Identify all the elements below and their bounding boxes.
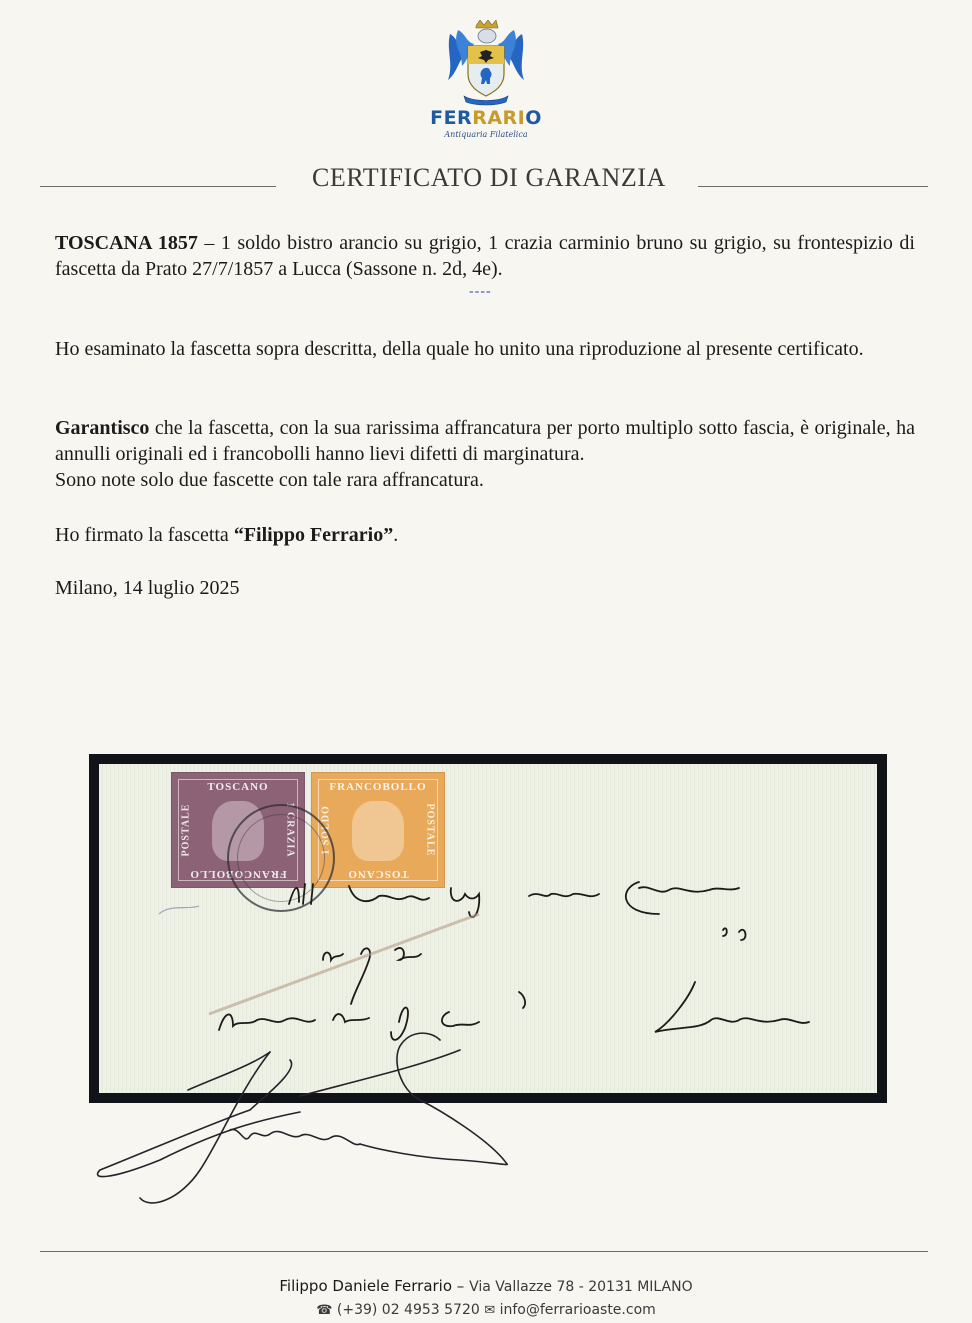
signature-statement-prefix: Ho firmato la fascetta	[55, 524, 234, 546]
signature-statement: Ho firmato la fascetta “Filippo Ferrario…	[55, 522, 915, 548]
guarantee-statement: Garantisco che la fascetta, con la sua r…	[55, 415, 915, 493]
brand-part-blue-end: O	[525, 107, 542, 129]
signature-statement-suffix: .	[393, 524, 398, 546]
footer-contact-line-1: Filippo Daniele Ferrario – Via Vallazze …	[0, 1277, 972, 1295]
footer-name: Filippo Daniele Ferrario	[279, 1277, 452, 1295]
brand-part-gold: RARI	[472, 107, 525, 129]
guarantee-keyword: Garantisco	[55, 417, 149, 439]
certificate-title: CERTIFICATO DI GARANZIA	[296, 163, 682, 193]
footer-dash: –	[452, 1277, 469, 1295]
telephone-icon: ☎	[316, 1303, 332, 1318]
cover-paper: TOSCANO FRANCOBOLLO POSTALE 1 CRAZIA FRA…	[99, 764, 877, 1093]
separator: ----	[469, 284, 492, 300]
footer-rule	[40, 1251, 928, 1252]
footer-address: Via Vallazze 78 - 20131 MILANO	[469, 1279, 693, 1295]
place-and-date: Milano, 14 luglio 2025	[55, 575, 915, 601]
footer-email[interactable]: info@ferrarioaste.com	[500, 1302, 656, 1318]
handwritten-address	[99, 764, 877, 1093]
title-rule-left	[40, 186, 276, 187]
item-description: TOSCANA 1857 – 1 soldo bistro arancio su…	[55, 230, 915, 282]
footer-phone: (+39) 02 4953 5720	[337, 1302, 480, 1318]
brand-name: FERRARIO	[0, 108, 972, 128]
signature-name: “Filippo Ferrario”	[234, 524, 393, 546]
brand-part-blue: FER	[430, 107, 472, 129]
envelope-icon: ✉	[484, 1303, 495, 1318]
item-title: TOSCANA 1857	[55, 232, 198, 254]
coat-of-arms-icon	[444, 20, 528, 106]
title-rule-right	[698, 186, 928, 187]
brand-tagline: Antiquaria Filatelica	[0, 130, 972, 139]
guarantee-text: che la fascetta, con la sua rarissima af…	[55, 417, 915, 465]
examination-statement: Ho esaminato la fascetta sopra descritta…	[55, 336, 915, 362]
footer-contact-line-2: ☎ (+39) 02 4953 5720 ✉ info@ferrarioaste…	[0, 1302, 972, 1318]
ferrario-logo: FERRARIO Antiquaria Filatelica	[0, 20, 972, 139]
certificate-header: CERTIFICATO DI GARANZIA	[40, 163, 928, 197]
handwritten-signature	[0, 0, 972, 1323]
cover-reproduction-image: TOSCANO FRANCOBOLLO POSTALE 1 CRAZIA FRA…	[89, 754, 887, 1103]
rarity-note: Sono note solo due fascette con tale rar…	[55, 467, 915, 493]
